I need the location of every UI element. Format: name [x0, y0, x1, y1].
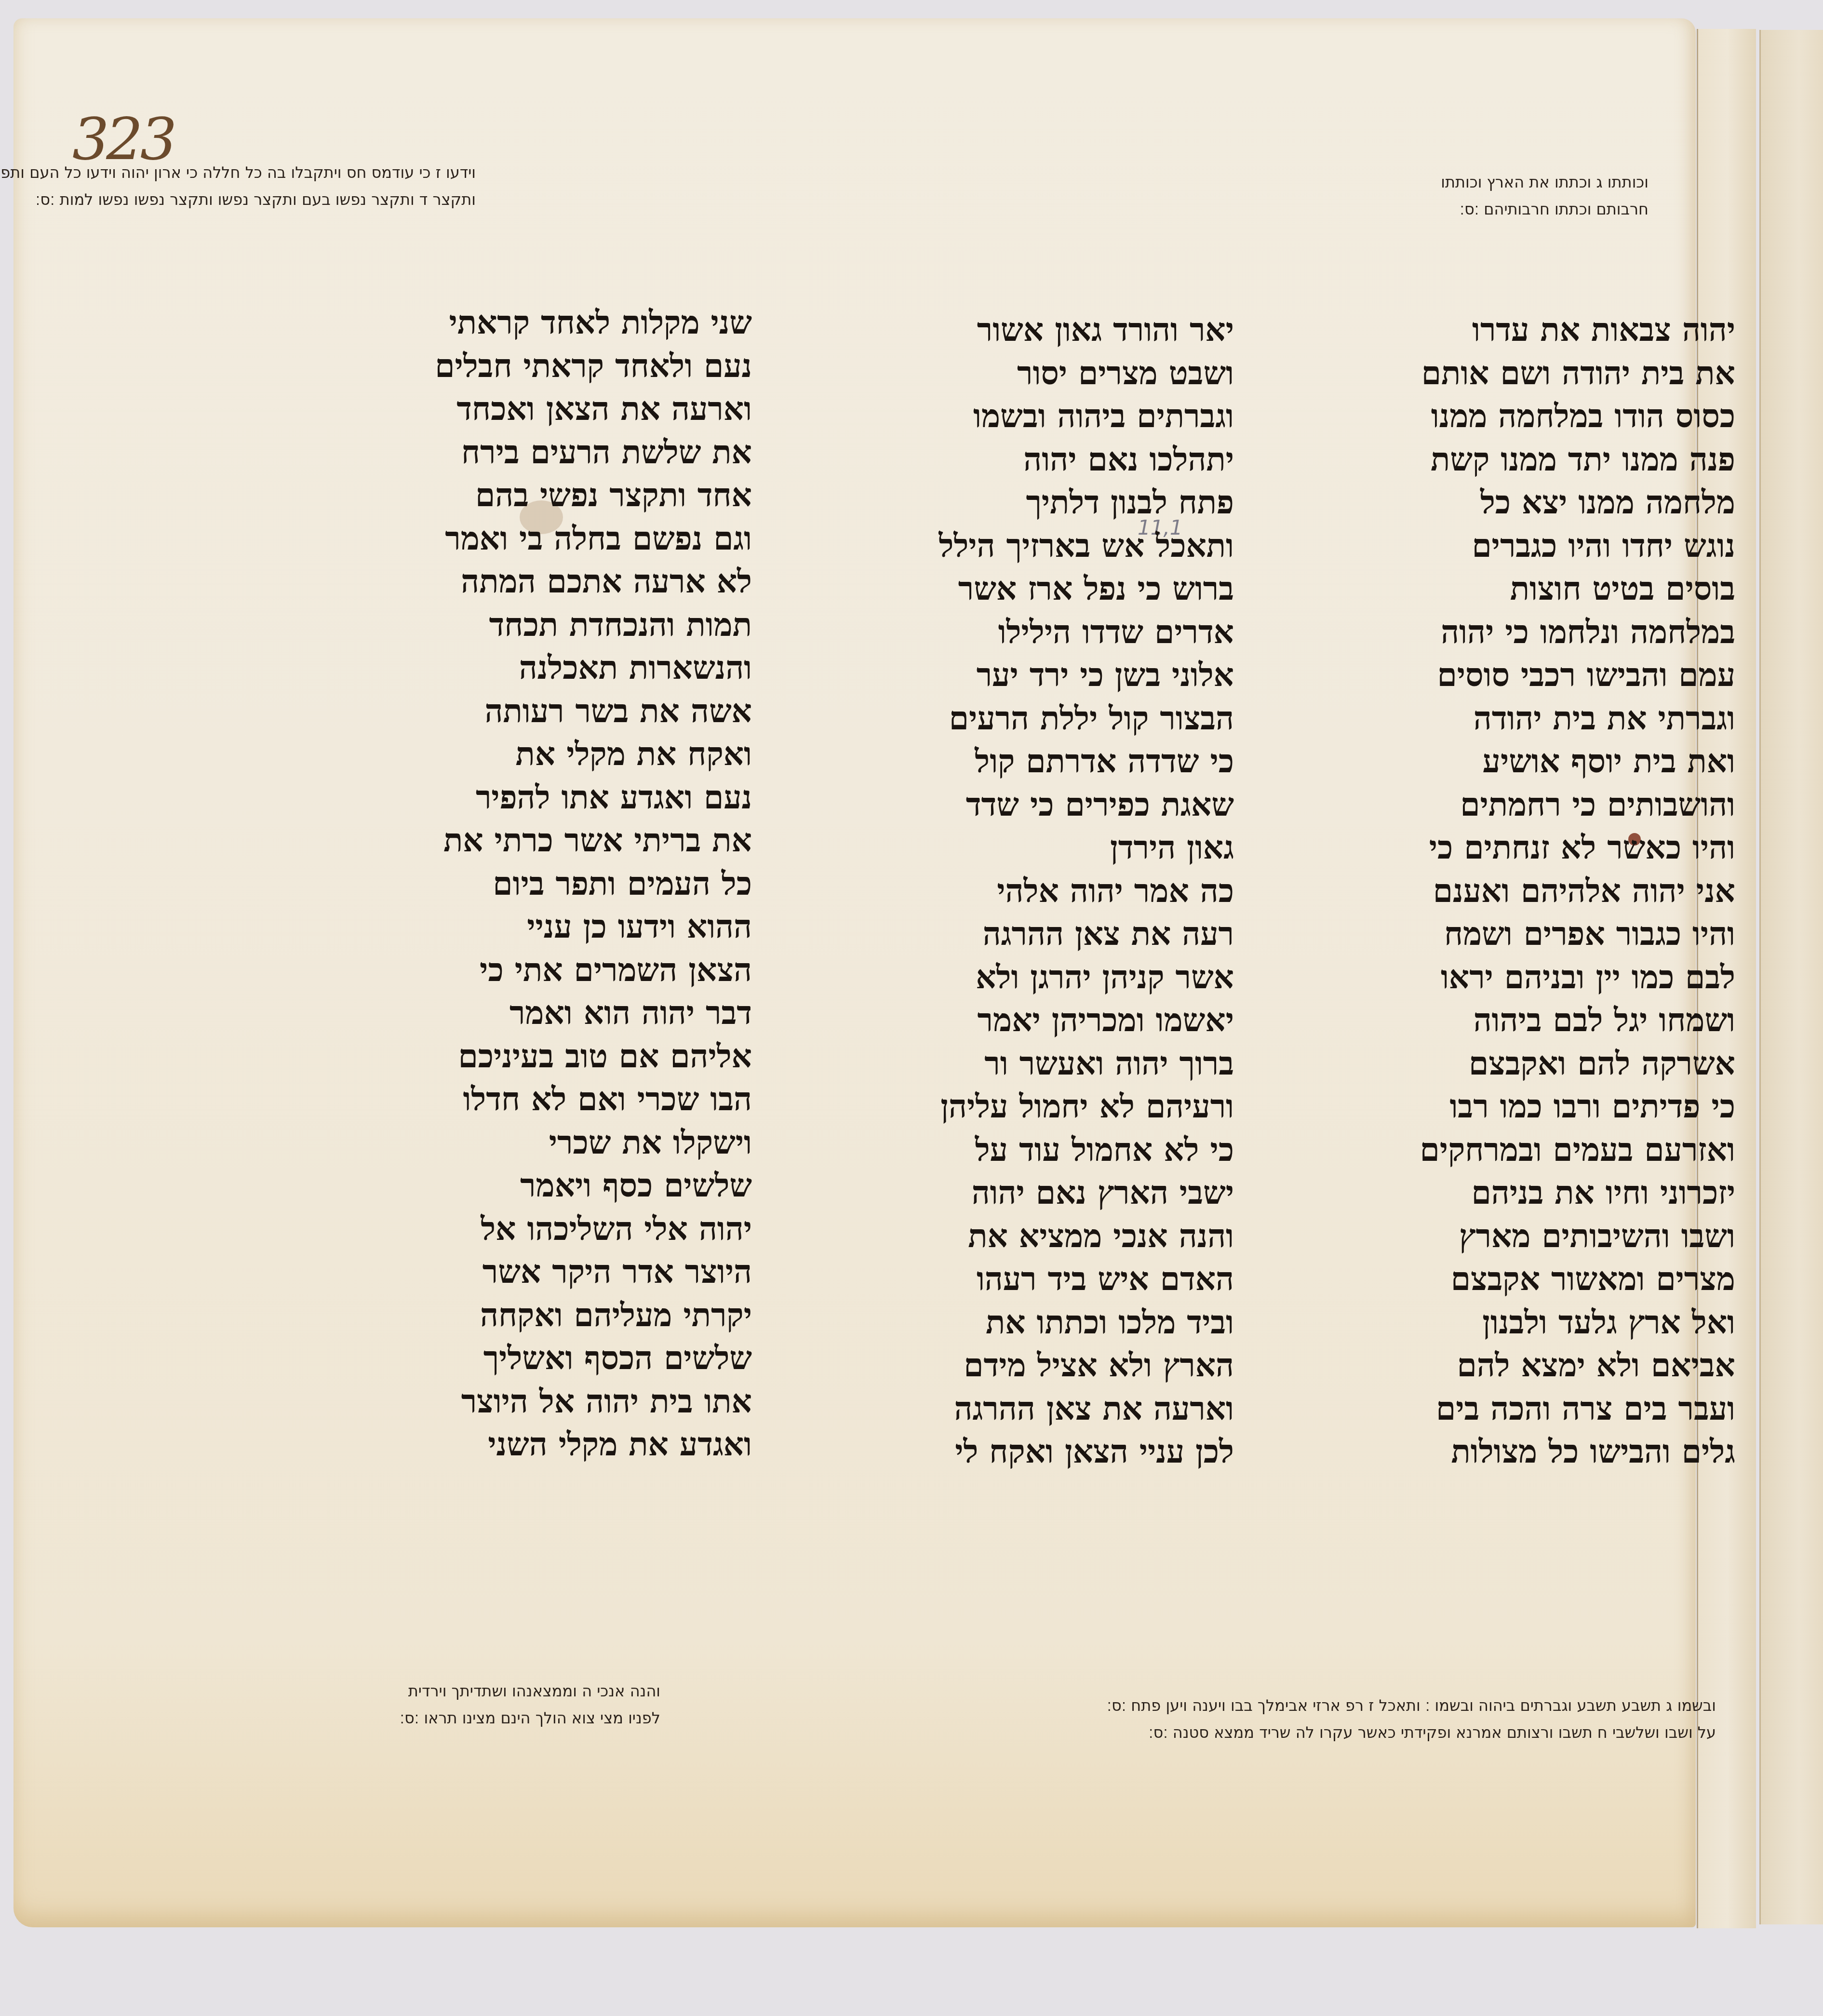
text-line: את בית יהודה ושם אותם	[1253, 352, 1735, 395]
text-line: והיו כגבור אפרים ושמח	[1253, 913, 1735, 956]
masorah-top-right: וכותתו ג וכתתו את הארץ וכותתו חרבותם וכת…	[1297, 169, 1649, 223]
text-line: יהוה צבאות את עדרו	[1253, 309, 1735, 352]
text-line: ואל ארץ גלעד ולבנון	[1253, 1301, 1735, 1344]
text-line: כי פדיתים ורבו כמו רבו	[1253, 1085, 1735, 1129]
text-line: והיו כאשר לא זנחתים כי	[1253, 826, 1735, 870]
masorah-bottom-right: ובשמו ג תשבע תשבע וגברתים ביהוה ובשמו ׃ …	[742, 1692, 1716, 1746]
masorah-line: והנה אנכי ה וממצאנהו ושתדיתך וירדית	[284, 1678, 660, 1705]
text-line: מלחמה ממנו יצא כל	[1253, 481, 1735, 524]
text-line: גלים והבישו כל מצולות	[1253, 1430, 1735, 1474]
text-line: ושמחו יגל לבם ביהוה	[1253, 999, 1735, 1042]
masorah-bottom-left: והנה אנכי ה וממצאנהו ושתדיתך וירדית לפני…	[284, 1678, 660, 1732]
text-line: והושבותים כי רחמתים	[1253, 783, 1735, 827]
text-line: פנה ממנו יתד ממנו קשת	[1253, 438, 1735, 482]
text-line: עמם והבישו רכבי סוסים	[1253, 654, 1735, 697]
text-line: וגברתי את בית יהודה	[1253, 697, 1735, 740]
text-line: נוגש יחדו והיו כגברים	[1253, 524, 1735, 568]
text-line: מצרים ומאשור אקבצם	[1253, 1258, 1735, 1301]
masorah-top-left: וידעו ז כי עודמס חס ויתקבלו בה כל חללה כ…	[0, 159, 476, 213]
text-column-right: יהוה צבאות את עדרואת בית יהודה ושם אותםכ…	[1253, 309, 1735, 1474]
text-line: אביאם ולא ימצא להם	[1253, 1344, 1735, 1387]
masorah-line: ובשמו ג תשבע תשבע וגברתים ביהוה ובשמו ׃ …	[742, 1692, 1716, 1719]
text-line: יזכרוני וחיו את בניהם	[1253, 1171, 1735, 1215]
text-line: ועבר בים צרה והכה בים	[1253, 1387, 1735, 1431]
masorah-line: וידעו ז כי עודמס חס ויתקבלו בה כל חללה כ…	[0, 159, 476, 186]
masorah-line: וכותתו ג וכתתו את הארץ וכותתו	[1297, 169, 1649, 196]
masorah-line: לפניו מצי צוא הולך הינם מצינו תראו ׃ס׃	[284, 1705, 660, 1732]
text-line: בוסים בטיט חוצות	[1253, 567, 1735, 611]
masorah-line: חרבותם וכתתו חרבותיהם ׃ס׃	[1297, 196, 1649, 223]
masorah-line: ותקצר ד ותקצר נפשו בעם ותקצר נפשו ותקצר …	[0, 186, 476, 213]
masora-parva-right-margin	[1605, 309, 1663, 1610]
text-line: ואת בית יוסף אושיע	[1253, 740, 1735, 783]
text-line: אשרקה להם ואקבצם	[1253, 1042, 1735, 1086]
text-line: אני יהוה אלהיהם ואענם	[1253, 870, 1735, 913]
masorah-line: על ושבו ושלשבי ח תשבו ורצותם אמרנא ופקיד…	[742, 1719, 1716, 1746]
text-line: ואזרעם בעמים ובמרחקים	[1253, 1129, 1735, 1172]
text-line: במלחמה ונלחמו כי יהוה	[1253, 611, 1735, 654]
text-line: לבם כמו יין ובניהם יראו	[1253, 956, 1735, 999]
masora-parva-middle-left	[680, 309, 737, 1610]
text-line: כסוס הודו במלחמה ממנו	[1253, 395, 1735, 438]
text-line: ושבו והשיבותים מארץ	[1253, 1215, 1735, 1258]
masora-parva-middle-right	[1147, 309, 1205, 1610]
page-edge-back	[1759, 30, 1823, 1924]
masora-parva-left-margin	[198, 301, 255, 1603]
